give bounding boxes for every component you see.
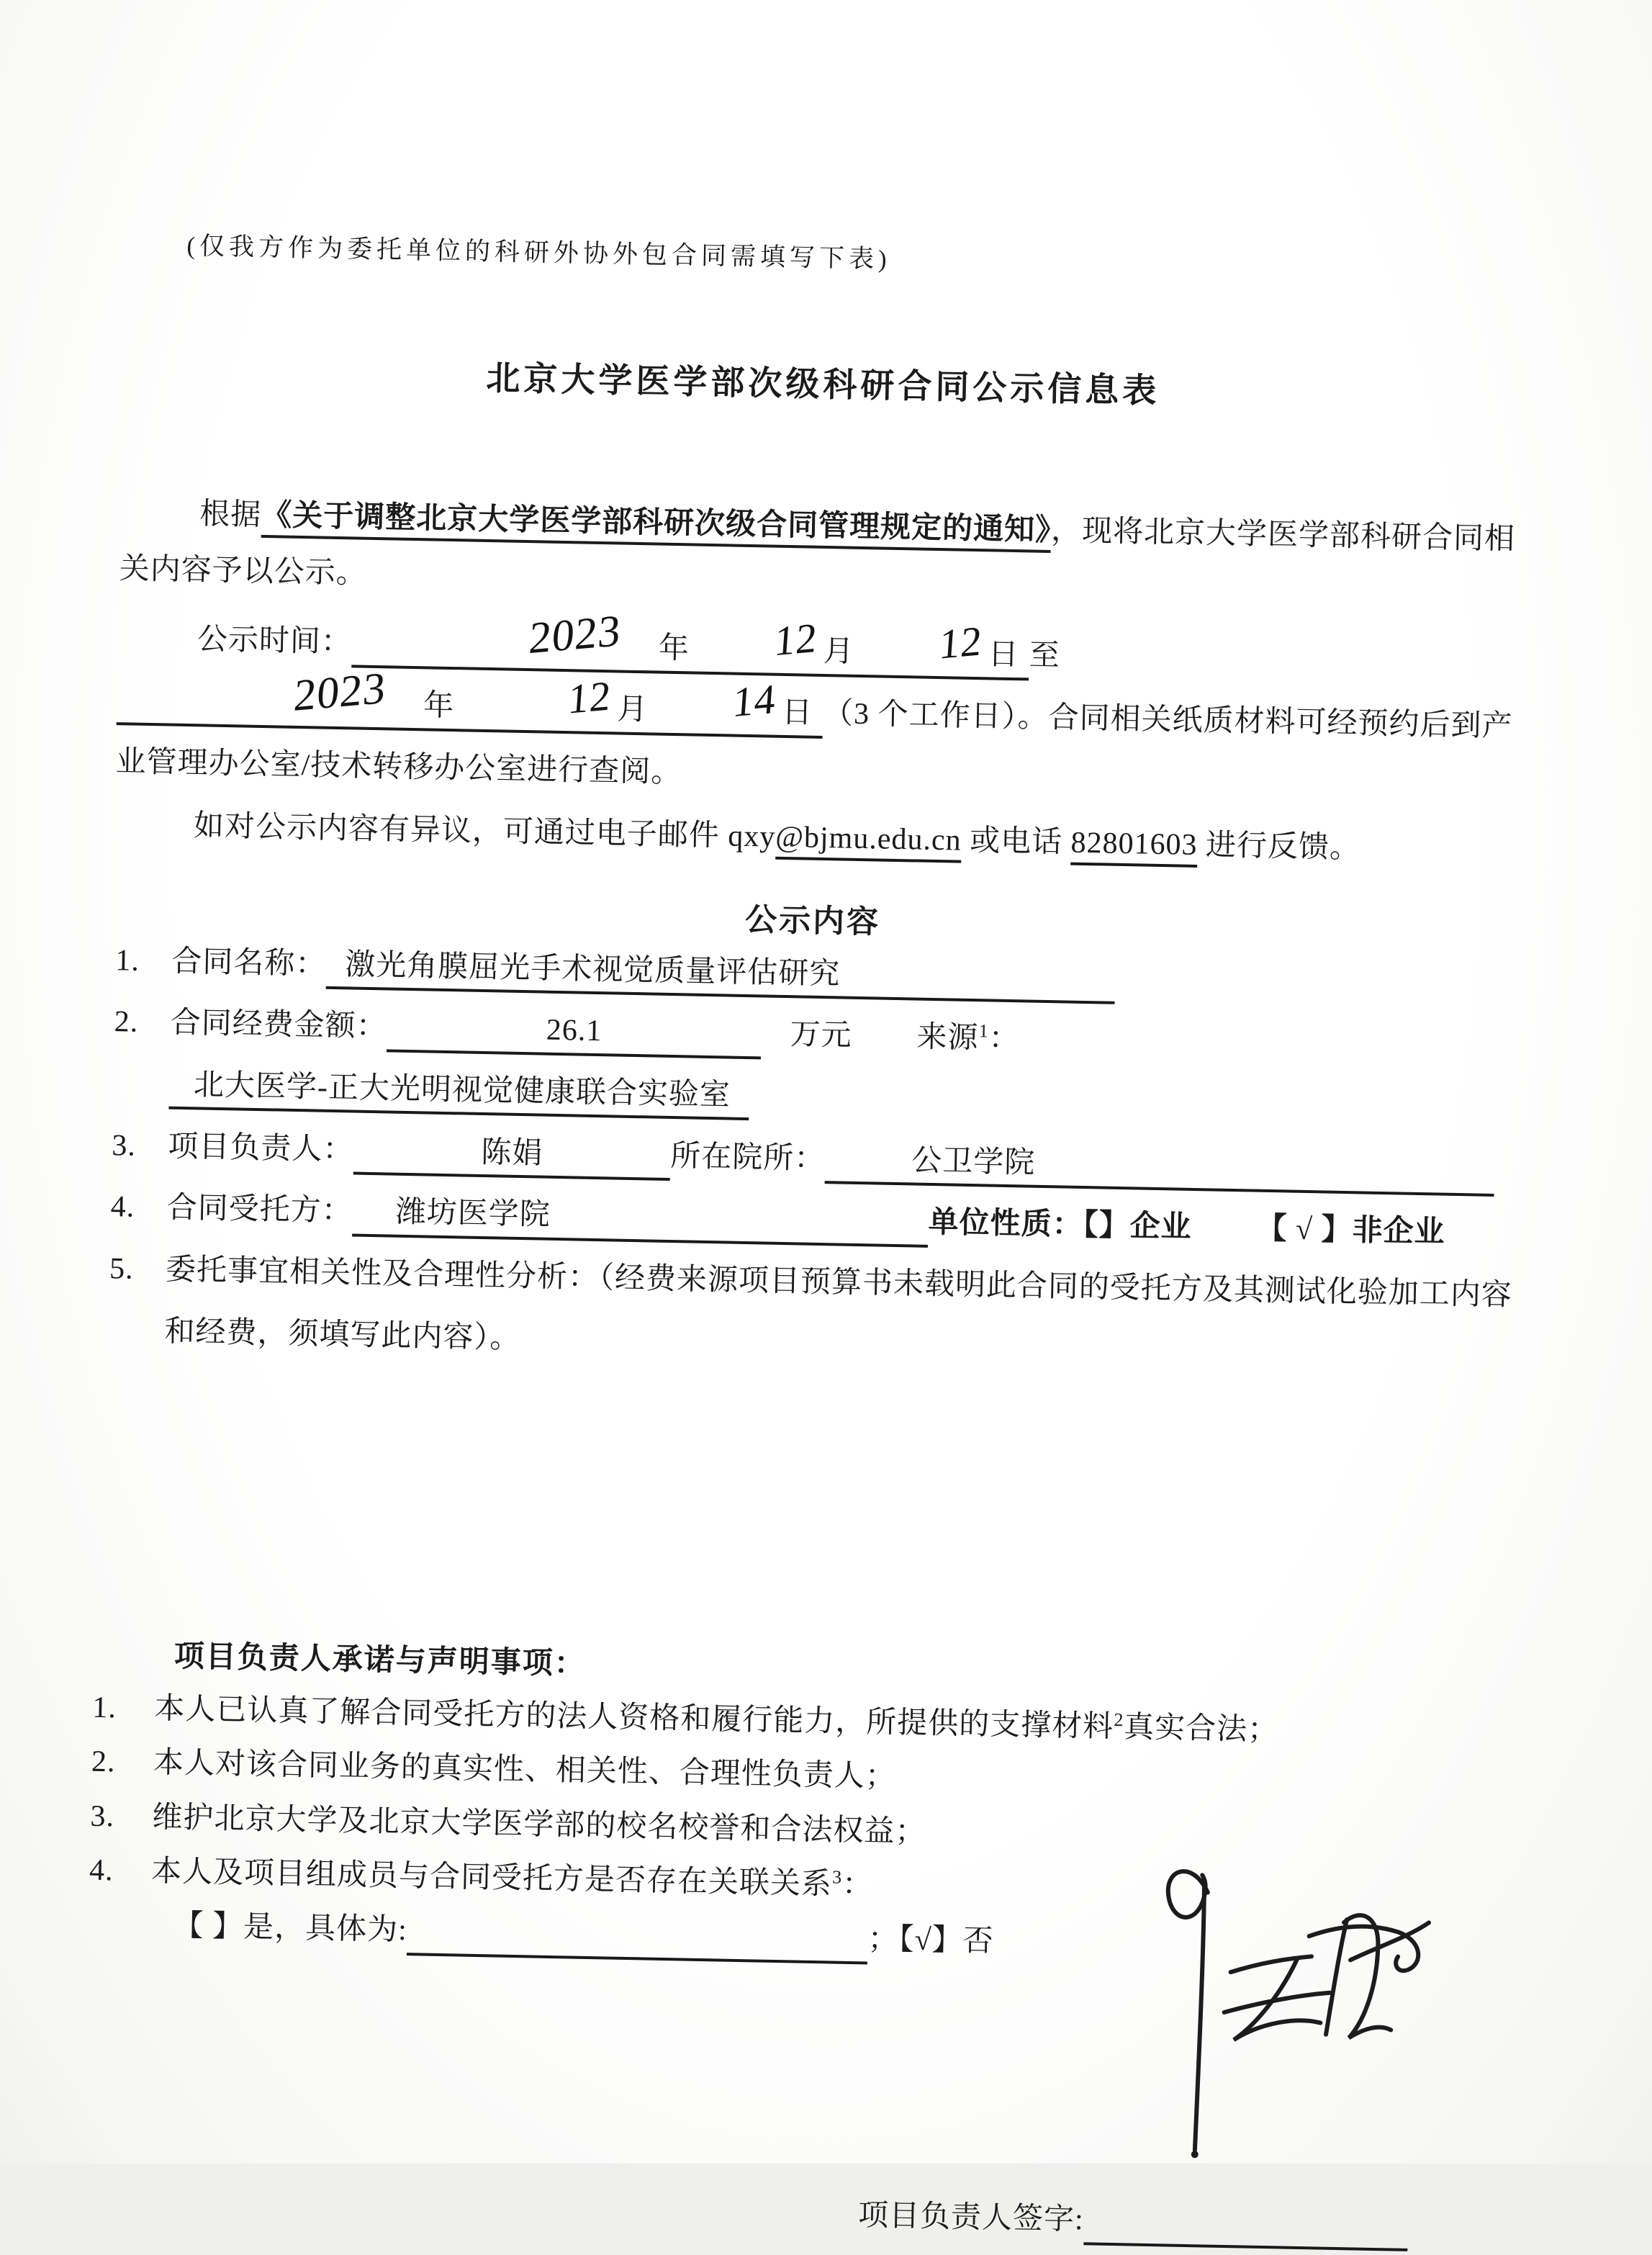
entity-type-label: 单位性质： — [928, 1206, 1083, 1242]
publicity-label: 公示时间： — [197, 623, 352, 659]
item-number: 1. — [92, 1681, 155, 1737]
relation-separator: ； — [867, 1922, 899, 1956]
item-number: 5. — [109, 1238, 166, 1301]
publicity-start-year-handwritten: 2023 — [449, 620, 621, 657]
spacer — [630, 657, 659, 658]
unit-day: 日 — [988, 639, 1019, 672]
feedback-tail: 进行反馈。 — [1197, 828, 1360, 864]
project-leader-blank: 陈娟 — [353, 1131, 671, 1181]
relevance-analysis-label: 委托事宜相关性及合理性分析： — [166, 1253, 600, 1295]
item-number: 4. — [110, 1176, 168, 1239]
unit-year: 年 — [658, 632, 690, 666]
spacer — [1191, 1237, 1256, 1238]
notice-document-title: 《关于调整北京大学医学部科研次级合同管理规定的通知》 — [261, 499, 1052, 547]
scanned-form-page: (仅我方作为委托单位的科研外协外包合同需填写下表) 北京大学医学部次级科研合同公… — [0, 0, 1652, 2164]
entity-type-option-non-enterprise-checked: 【 √ 】非企业 — [1256, 1212, 1445, 1249]
item-number: 1. — [115, 930, 173, 993]
funding-source-blank: 北大医学-正大光明视觉健康联合实验室 — [168, 1066, 749, 1121]
page-title: 北京大学医学部次级科研合同公示信息表 — [0, 342, 1649, 422]
project-leader-value: 陈娟 — [481, 1136, 543, 1171]
spacer — [852, 1045, 916, 1047]
declaration-text-tail: 真实合法； — [1124, 1711, 1279, 1747]
declaration-text-tail: ： — [841, 1868, 873, 1902]
department-value: 公卫学院 — [911, 1144, 1036, 1179]
publicity-date-end-blank: 2023年12月14日 — [117, 681, 823, 738]
declaration-text: 维护北京大学及北京大学医学部的校名校誉和合法权益； — [152, 1801, 926, 1849]
contract-name-blank: 激光角膜屈光手术视觉质量评估研究 — [326, 945, 1116, 1004]
funding-source-label-text: 来源 — [916, 1021, 979, 1056]
relation-detail-blank — [407, 1912, 868, 1964]
footnote-marker-2: 2 — [1114, 1709, 1124, 1730]
contract-amount-value: 26.1 — [546, 1014, 602, 1048]
footnote-marker-1: 1 — [978, 1020, 989, 1041]
project-leader-label: 项目负责人： — [168, 1130, 354, 1166]
publicity-end-day-handwritten: 14 — [654, 688, 777, 721]
contract-name-value: 激光角膜屈光手术视觉质量评估研究 — [345, 948, 841, 991]
feedback-email-user: qxy — [728, 819, 776, 853]
funding-source-label: 来源1： — [916, 1021, 1020, 1056]
form-scope-note: (仅我方作为委托单位的科研外协外包合同需填写下表) — [186, 226, 1652, 290]
item-number: 3. — [90, 1789, 153, 1845]
publicity-date-start-blank: 2023年12月12日 — [351, 624, 1029, 681]
contract-amount-blank: 26.1 — [387, 1009, 762, 1059]
contract-name-label: 合同名称： — [171, 945, 327, 981]
publicity-period-paragraph: 公示时间：2023年12月12日至2023年12月14日（3 个工作日）。合同相… — [115, 607, 1537, 820]
funding-source-colon: ： — [988, 1022, 1020, 1056]
intro-lead: 根据 — [199, 498, 262, 532]
feedback-phone: 82801603 — [1070, 826, 1198, 867]
unit-month: 月 — [823, 635, 854, 669]
unit-month: 月 — [617, 693, 649, 727]
intro-paragraph: 根据《关于调整北京大学医学部科研次级合同管理规定的通知》，现将北京大学医学部科研… — [119, 485, 1539, 624]
unit-day: 日 — [782, 696, 813, 730]
signature-handwriting-icon — [1085, 1845, 1437, 2164]
amount-unit: 万元 — [790, 1018, 852, 1053]
form-content: (仅我方作为委托单位的科研外协外包合同需填写下表) 北京大学医学部次级科研合同公… — [0, 0, 1652, 2164]
spacer — [761, 1044, 790, 1045]
item-number: 3. — [112, 1115, 169, 1178]
item-number: 4. — [89, 1844, 151, 1899]
publicity-content-list: 1.合同名称：激光角膜屈光手术视觉质量评估研究 2.合同经费金额：26.1万元来… — [108, 930, 1538, 1390]
unit-year: 年 — [423, 690, 455, 724]
entity-type-option-enterprise: 【】企业 — [1083, 1209, 1192, 1244]
declaration-text: 本人及项目组成员与合同受托方是否存在关联关系 — [151, 1855, 833, 1901]
contractor-label: 合同受托方： — [166, 1192, 353, 1228]
spacer — [454, 716, 483, 716]
feedback-email-domain: @bjmu.edu.cn — [775, 820, 962, 863]
publicity-end-year-handwritten: 2023 — [215, 678, 387, 714]
feedback-lead: 如对公示内容有异议，可通过电子邮件 — [194, 809, 728, 852]
date-range-to: 至 — [1029, 639, 1060, 673]
relation-no-option-checked: 【√】否 — [898, 1923, 994, 1958]
publicity-end-month-handwritten: 12 — [489, 685, 613, 718]
spacer — [394, 715, 423, 716]
contract-amount-label: 合同经费金额： — [170, 1007, 387, 1044]
item-number: 2. — [114, 991, 171, 1054]
relation-yes-option: 【 】是，具体为: — [173, 1909, 407, 1947]
funding-source-value: 北大医学-正大光明视觉健康联合实验室 — [194, 1068, 731, 1112]
footnote-marker-3: 3 — [832, 1866, 843, 1887]
list-item-relevance-analysis: 5.委托事宜相关性及合理性分析：（经费来源项目预算书未载明此合同的受托方及其测试… — [108, 1238, 1532, 1389]
contractor-value: 潍坊医学院 — [395, 1196, 551, 1232]
feedback-mid: 或电话 — [961, 824, 1071, 859]
department-label: 所在院所： — [670, 1140, 826, 1176]
publicity-start-month-handwritten: 12 — [695, 627, 818, 660]
declaration-text: 本人已认真了解合同受托方的法人资格和履行能力，所提供的支撑材料 — [154, 1693, 1114, 1745]
item-number: 2. — [91, 1735, 153, 1791]
department-blank: 公卫学院 — [825, 1140, 1495, 1197]
declaration-text: 本人对该合同业务的真实性、相关性、合理性负责人； — [153, 1747, 897, 1794]
contractor-blank: 潍坊医学院 — [352, 1193, 929, 1248]
publicity-start-day-handwritten: 12 — [859, 630, 983, 662]
